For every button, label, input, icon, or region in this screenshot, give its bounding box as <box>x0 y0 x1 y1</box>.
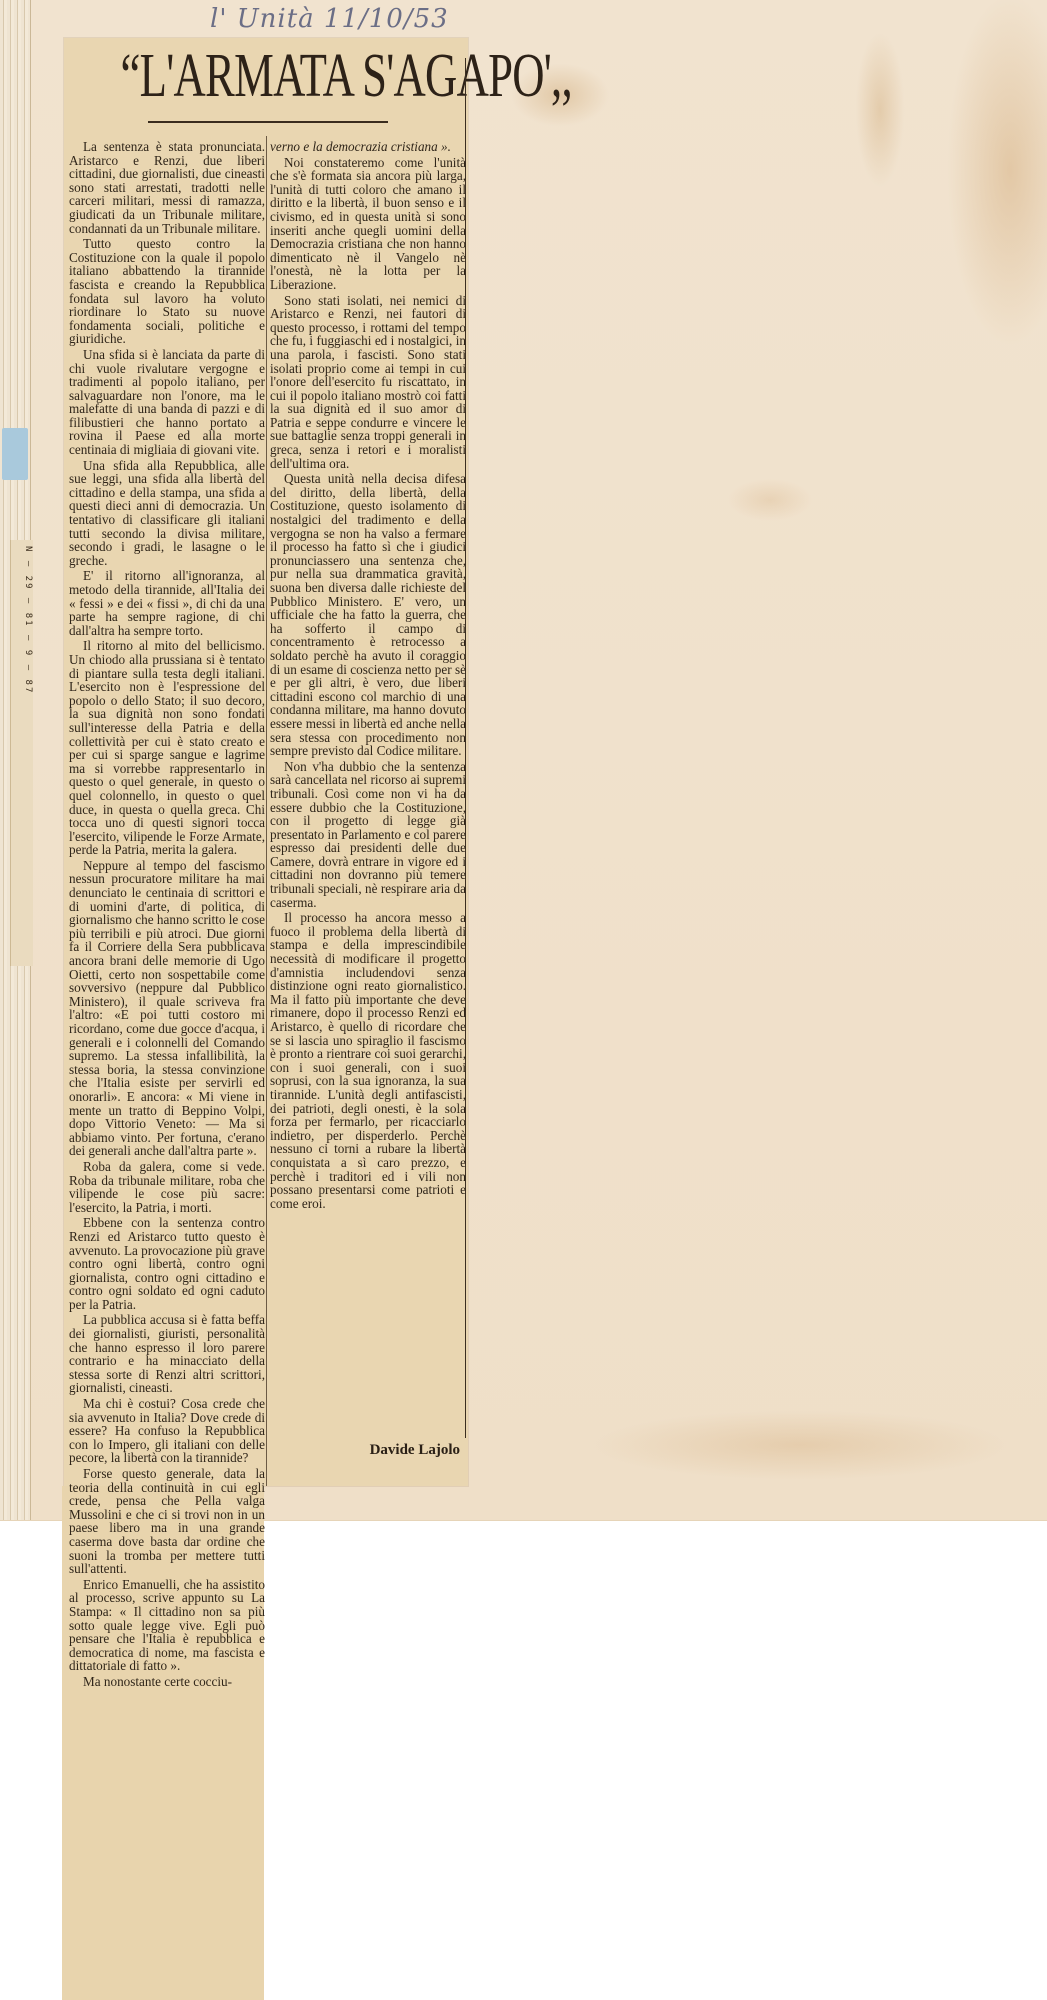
paragraph: La pubblica accusa si è fatta beffa dei … <box>69 1313 265 1395</box>
handwritten-source-date: l' Unità 11/10/53 <box>210 4 449 34</box>
blue-index-tab <box>2 428 28 480</box>
article-column-right: verno e la democrazia cristiana ». Noi c… <box>270 140 466 1212</box>
paragraph: Noi constateremo come l'unità che s'è fo… <box>270 156 466 292</box>
paragraph: Roba da galera, come si vede. Roba da tr… <box>69 1160 265 1214</box>
paragraph: E' il ritorno all'ignoranza, al metodo d… <box>69 569 265 637</box>
paragraph: Il ritorno al mito del bellicismo. Un ch… <box>69 639 265 857</box>
paragraph: Non v'ha dubbio che la sentenza sarà can… <box>270 760 466 910</box>
paragraph: Enrico Emanuelli, che ha assistito al pr… <box>69 1578 265 1673</box>
paragraph: Ma nonostante certe cocciu- <box>69 1675 265 1689</box>
paragraph: Il processo ha ancora messo a fuoco il p… <box>270 911 466 1210</box>
paragraph: Ebbene con la sentenza contro Renzi ed A… <box>69 1216 265 1311</box>
paragraph: Tutto questo contro la Costituzione con … <box>69 237 265 346</box>
paragraph: Forse questo generale, data la teoria de… <box>69 1467 265 1576</box>
paragraph: Sono stati isolati, nei nemici di Arista… <box>270 294 466 471</box>
paragraph-continuation: verno e la democrazia cristiana ». <box>270 140 466 154</box>
paragraph: Neppure al tempo del fascismo nessun pro… <box>69 859 265 1158</box>
paragraph: Questa unità nella decisa difesa del dir… <box>270 472 466 757</box>
paragraph: La sentenza è stata pronunciata. Aristar… <box>69 140 265 235</box>
paragraph: Una sfida alla Repubblica, alle sue legg… <box>69 459 265 568</box>
article-headline: “L'ARMATA S'AGAPO',, <box>121 40 412 112</box>
headline-rule <box>148 121 388 123</box>
author-byline: Davide Lajolo <box>340 1442 460 1459</box>
paragraph: Una sfida si è lanciata da parte di chi … <box>69 348 265 457</box>
column-divider <box>266 136 267 1486</box>
adjacent-clipping-fragment: N — 29 — 81 — 9 — 87 <box>10 540 33 966</box>
article-column-left: La sentenza è stata pronunciata. Aristar… <box>69 140 265 1691</box>
paragraph: Ma chi è costui? Cosa crede che sia avve… <box>69 1397 265 1465</box>
